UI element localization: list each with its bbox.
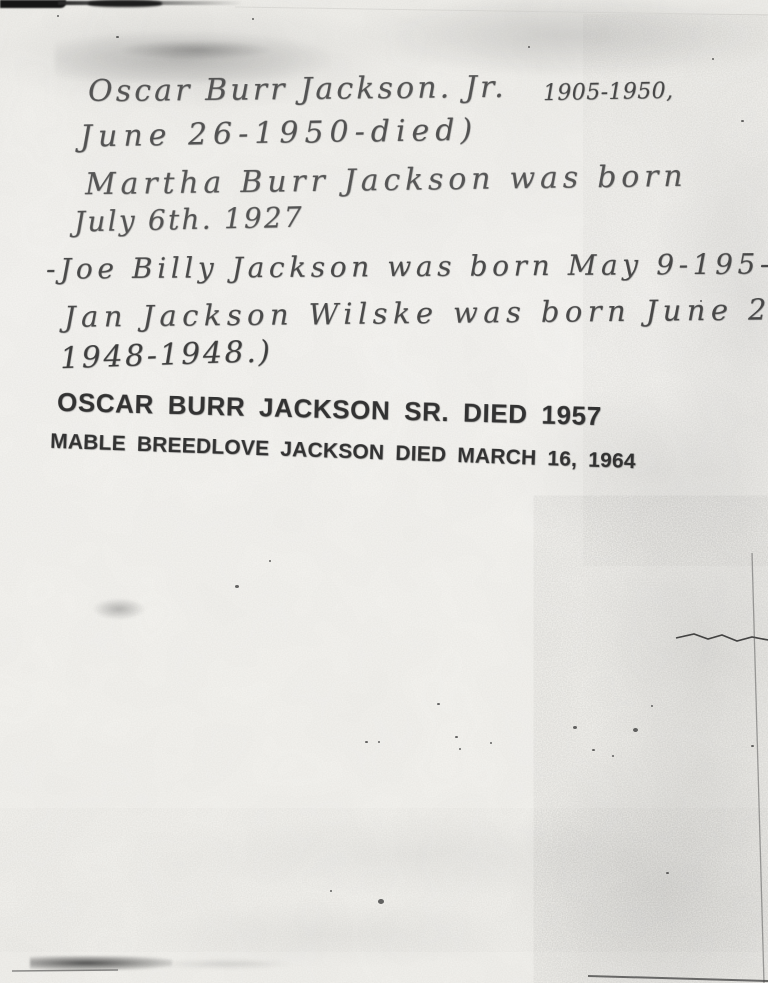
paper-speck xyxy=(573,726,577,729)
paper-speck xyxy=(330,890,332,892)
paper-speck xyxy=(378,899,384,904)
paper-speck xyxy=(666,872,669,874)
paper-grain-overlay xyxy=(0,0,768,983)
paper-speck xyxy=(633,728,638,732)
paper-speck xyxy=(365,741,368,743)
paper-speck xyxy=(437,703,440,705)
paper-speck xyxy=(455,736,458,738)
paper-speck xyxy=(741,120,744,122)
paper-speck xyxy=(700,300,702,302)
scanned-document-page: Oscar Burr Jackson. Jr. 1905-1950, June … xyxy=(0,0,768,983)
paper-speck xyxy=(252,18,254,20)
paper-speck xyxy=(459,748,461,750)
paper-speck xyxy=(235,585,239,588)
paper-speck xyxy=(269,560,271,562)
paper-speck xyxy=(651,705,653,707)
paper-speck xyxy=(490,742,492,744)
paper-speck xyxy=(528,46,530,48)
paper-speck xyxy=(712,58,714,60)
paper-speck xyxy=(612,755,614,757)
paper-speck xyxy=(592,749,595,751)
paper-speck xyxy=(57,15,59,17)
paper-speck xyxy=(751,745,754,747)
paper-speck xyxy=(116,36,119,38)
paper-speck xyxy=(378,741,380,743)
